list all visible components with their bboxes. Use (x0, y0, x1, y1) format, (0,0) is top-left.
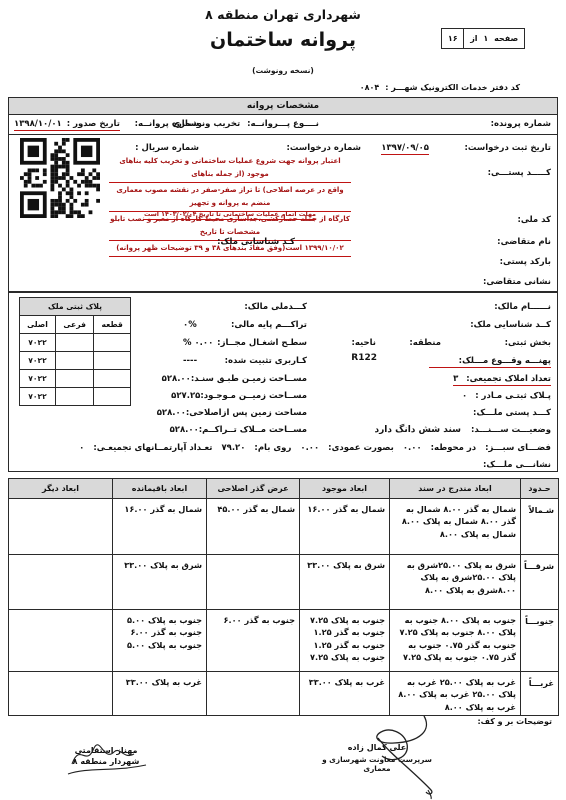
other-dims (9, 672, 113, 716)
deed-area-label: مســاحت زمیـن طبـق سنـد: (191, 374, 307, 384)
existing-area-value: ۵۲۷.۲۵ (171, 391, 200, 401)
green-label: فضـــای سبـــز: (485, 443, 551, 453)
permit-type-label: نــــوع پـــروانــه: (247, 119, 319, 129)
bounds-table: حـدود ابعاد مندرج در سند ابعاد موجود عرض… (8, 478, 559, 716)
row-divider (9, 134, 557, 135)
aggregate-count: تعداد املاک تجمیعی: ۳ (453, 374, 551, 386)
completion-deadline-note: مهلت اتمام عملیات ساختمانی تا تاریخ ۱۴۰۳… (109, 211, 351, 218)
page-label: صفحه (494, 34, 518, 43)
mother-plate: پـلاک ثبتـی مـادر : ۰ (462, 391, 551, 401)
pass-width (207, 555, 300, 610)
remaining-dims: شرق به پلاک ۳۳.۰۰ (113, 555, 207, 610)
remaining-dims: جنوب به پلاک ۵.۰۰ جنوب به گذر ۶.۰۰ جنوب … (113, 610, 207, 672)
other-dims (9, 610, 113, 672)
green-site-value: ۰.۰۰ (403, 443, 422, 453)
occupancy-value: ۰.۰۰ % (183, 338, 213, 348)
page-current: ۱ (483, 34, 488, 43)
green-apts-value: ۰ (79, 443, 84, 453)
page-total: ۱۶ (448, 34, 458, 43)
postal-code-label: کـــــد پستـــی: (488, 168, 551, 178)
aggregate-label: تعداد املاک تجمیعی: (466, 374, 551, 384)
plate-row: ۷۰۲۲ (20, 352, 131, 370)
deed-area-value: ۵۲۸.۰۰ (162, 374, 191, 384)
qr-code (20, 138, 100, 218)
corrected-area-label: مساحت زمین پس ازاصلاحی: (186, 408, 307, 418)
applicant-address-label: نشانی متقاضی: (483, 277, 551, 287)
applicant-name-label: نام متقاضی: (497, 237, 551, 247)
request-number-label: شماره درخواست: (287, 143, 362, 153)
existing-dims: غرب به پلاک ۳۳.۰۰ (300, 672, 390, 716)
plate-piece (94, 352, 131, 370)
zone-label: منطقه: (409, 338, 441, 348)
eservice-value: ۰۸۰۴ (360, 83, 380, 92)
density-base-row: مســاحت مــلاک تــراکــم: ۵۲۸.۰۰ (183, 425, 307, 435)
eservice-office-code: کد دفتر خدمات الکترونیک شهـــر : ۰۸۰۴ (360, 83, 520, 92)
permit-specs-box: مشخصات پروانه شماره پرونده: نــــوع پـــ… (8, 97, 558, 292)
deed-dims: غرب به پلاک ۲۵.۰۰ غرب به پلاک ۲۵.۰۰ غرب … (390, 672, 521, 716)
existing-area-label: مســاحت زمیــن مـوجـود: (200, 391, 307, 401)
plate-sub (55, 388, 93, 406)
reg-section-label: بخش ثبتی: (505, 338, 551, 348)
plate-row: ۷۰۲۲ (20, 370, 131, 388)
base-density-value: ۰% (183, 320, 197, 330)
existing-dims: شرق به پلاک ۳۳.۰۰ (300, 555, 390, 610)
landzone-label: پهنـــه وقـــوع مـــلک: (429, 356, 551, 368)
pass-width: جنوب به گذر ۶.۰۰ (207, 610, 300, 672)
plate-col-main: اصلی (20, 316, 56, 334)
bounds-row-west: غربـــاً غرب به پلاک ۲۵.۰۰ غرب به پلاک ۲… (9, 672, 559, 716)
completion-deadline-text: مهلت اتمام عملیات ساختمانی تا تاریخ ۱۴۰۳… (144, 211, 316, 220)
property-address-label: نشانـــی ملـــک: (483, 460, 551, 470)
aggregate-value: ۳ (453, 374, 458, 384)
postal-barcode-label: بارکد پستی: (500, 257, 551, 267)
validity-line-1: اعتبار پروانه جهت شروع عملیات ساختمانی و… (109, 155, 351, 183)
request-date-label: تاریخ ثبت درخواست: (464, 143, 551, 153)
bounds-col-pass: عرض گذر اصلاحی (207, 479, 300, 499)
plate-sub (55, 352, 93, 370)
green-site-label: در محوطه: (431, 443, 477, 453)
issue-date-value: ۱۳۹۸/۱۰/۰۱ (14, 119, 62, 129)
request-date-value: ۱۳۹۷/۰۹/۰۵ (381, 143, 429, 155)
mayor-signature-scribble (58, 734, 154, 784)
bounds-header-row: حـدود ابعاد مندرج در سند ابعاد موجود عرض… (9, 479, 559, 499)
mother-plate-value: ۰ (462, 391, 467, 401)
deputy-signature-scribble (328, 712, 454, 800)
density-base-value: ۵۲۸.۰۰ (170, 425, 199, 435)
permit-number-label: شماره پروانــه: (135, 119, 199, 129)
pass-width: شمال به گذر ۴۵.۰۰ (207, 499, 300, 555)
bounds-col-other: ابعاد دیگر (9, 479, 113, 499)
property-code-label: کــد شناسایی ملک: (470, 320, 551, 330)
deed-dims: شرق به پلاک ۲۵.۰۰شرق به پلاک ۲۵.۰۰شرق به… (390, 555, 521, 610)
bounds-row-south: جنوبـــاً جنوب به پلاک ۸.۰۰ جنوب به پلاک… (9, 610, 559, 672)
remaining-dims: غرب به پلاک ۳۳.۰۰ (113, 672, 207, 716)
plate-piece (94, 334, 131, 352)
base-density-label: تراکـــم پایه مالی: (231, 320, 307, 330)
bounds-col-remaining: ابعاد باقیمانده (113, 479, 207, 499)
owner-nid-row: کـــدملی مالک: (183, 302, 307, 312)
base-density-row: تراکـــم پایه مالی: ۰% (183, 320, 307, 330)
deed-dims: جنوب به پلاک ۸.۰۰ جنوب به پلاک ۸.۰۰ جنوب… (390, 610, 521, 672)
plate-col-sub: فرعی (55, 316, 93, 334)
existing-dims: شمال به گذر ۱۶.۰۰ (300, 499, 390, 555)
issue-date-label: تاریخ صدور : (67, 119, 120, 129)
owner-name-label: نــــــام مالک: (494, 302, 551, 312)
landzone-value: R122 (351, 353, 377, 363)
municipality-title: شهرداری تهران منطقه ۸ (0, 7, 566, 22)
density-base-label: مســاحت مــلاک تــراکــم: (199, 425, 307, 435)
deed-status-value: سند شش دانگ دارد (374, 425, 461, 435)
plate-piece (94, 370, 131, 388)
page-box-divider (463, 29, 464, 48)
corrected-area-value: ۵۲۸.۰۰ (157, 408, 186, 418)
side-label: شرقـــاً (521, 555, 559, 610)
bounds-row-east: شرقـــاً شرق به پلاک ۲۵.۰۰شرق به پلاک ۲۵… (9, 555, 559, 610)
mother-plate-label: پـلاک ثبتـی مـادر : (475, 391, 551, 401)
bounds-col-existing: ابعاد موجود (300, 479, 390, 499)
green-roof-value: ۷۹.۲۰ (221, 443, 245, 453)
deed-area-row: مســاحت زمیـن طبـق سنـد: ۵۲۸.۰۰ (183, 374, 307, 384)
file-number-label: شماره پرونده: (491, 119, 551, 129)
serial-number-label: شماره سریال : (135, 143, 199, 153)
plate-row: ۷۰۲۲ (20, 388, 131, 406)
property-info-box: نــــــام مالک: کــد شناسایی ملک: بخش ثب… (8, 292, 558, 472)
remaining-dims: شمال به گذر ۱۶.۰۰ (113, 499, 207, 555)
plate-col-piece: قطعه (94, 316, 131, 334)
side-label: غربـــاً (521, 672, 559, 716)
eservice-label: کد دفتر خدمات الکترونیک شهـــر : (385, 83, 520, 92)
plate-table-title: پلاک ثبتی ملک (20, 298, 131, 316)
green-apts-label: تعـداد آپارتمــانهای تجمیعـی: (93, 443, 212, 453)
plate-main: ۷۰۲۲ (20, 388, 56, 406)
registration-plate-table: پلاک ثبتی ملک قطعه فرعی اصلی ۷۰۲۲ ۷۰۲۲ ۷… (19, 297, 131, 406)
corrected-area-row: مساحت زمین پس ازاصلاحی: ۵۲۸.۰۰ (183, 408, 307, 418)
landuse-label: کـاربری تثبیت شده: (225, 356, 307, 366)
plate-row: ۷۰۲۲ (20, 334, 131, 352)
plate-main: ۷۰۲۲ (20, 352, 56, 370)
green-vertical-value: ۰.۰۰ (300, 443, 319, 453)
occupancy-label: سطـح اشغـال مجــاز: (217, 338, 307, 348)
bounds-col-deed: ابعاد مندرج در سند (390, 479, 521, 499)
plate-main: ۷۰۲۲ (20, 334, 56, 352)
landuse-row: کـاربری تثبیت شده: ---- (183, 356, 307, 366)
property-postal-label: کـــد پستی ملـــک: (473, 408, 551, 418)
existing-area-row: مســاحت زمیــن مـوجـود: ۵۲۷.۲۵ (183, 391, 307, 401)
other-dims (9, 555, 113, 610)
bounds-row-north: شـمالاً شمال به گذر ۸.۰۰ شمال به گذر ۸.۰… (9, 499, 559, 555)
building-permit-document: شهرداری تهران منطقه ۸ پروانه ساختمان صفح… (0, 0, 566, 800)
validity-line-2: واقع در عرصه اصلاحی) تا تراز صفر-صفر در … (109, 184, 351, 212)
green-space-row: فضـــای سبـــز: در محوطه: ۰.۰۰ بصورت عمو… (79, 443, 551, 453)
frontage-notes-label: توضیحات بر و کف: (477, 717, 552, 726)
side-label: شـمالاً (521, 499, 559, 555)
page-of-label: از (470, 34, 477, 43)
district-label: ناحیه: (351, 338, 376, 348)
landuse-value: ---- (183, 356, 197, 366)
plate-sub (55, 370, 93, 388)
issue-date: تاریخ صدور : ۱۳۹۸/۱۰/۰۱ (14, 119, 120, 131)
plate-sub (55, 334, 93, 352)
owner-nid-label: کـــدملی مالک: (244, 302, 307, 312)
plate-piece (94, 388, 131, 406)
existing-dims: جنوب به پلاک ۷.۲۵ جنوب به گذر ۱.۲۵ جنوب … (300, 610, 390, 672)
national-id-label: کد ملی: (517, 215, 551, 225)
green-roof-label: روی بام: (254, 443, 291, 453)
pass-width (207, 672, 300, 716)
occupancy-row: سطـح اشغـال مجــاز: ۰.۰۰ % (183, 338, 307, 348)
bounds-col-side: حـدود (521, 479, 559, 499)
deed-dims: شمال به گذر ۸.۰۰ شمال به گذر ۸.۰۰ شمال ب… (390, 499, 521, 555)
permit-specs-title: مشخصات پروانه (9, 98, 557, 115)
green-vertical-label: بصورت عمودی: (328, 443, 394, 453)
page-number-box: صفحه ۱ از ۱۶ (441, 28, 525, 49)
side-label: جنوبـــاً (521, 610, 559, 672)
deed-status-label: وضعیـــت ســـنـــد: (471, 425, 551, 435)
property-id-label: کـد شناسایی ملک: (217, 237, 295, 247)
copy-note: (نسخه رونوشت) (0, 66, 566, 75)
other-dims (9, 499, 113, 555)
deed-status: وضعیـــت ســـنـــد: سند شش دانگ دارد (374, 425, 551, 435)
plate-main: ۷۰۲۲ (20, 370, 56, 388)
